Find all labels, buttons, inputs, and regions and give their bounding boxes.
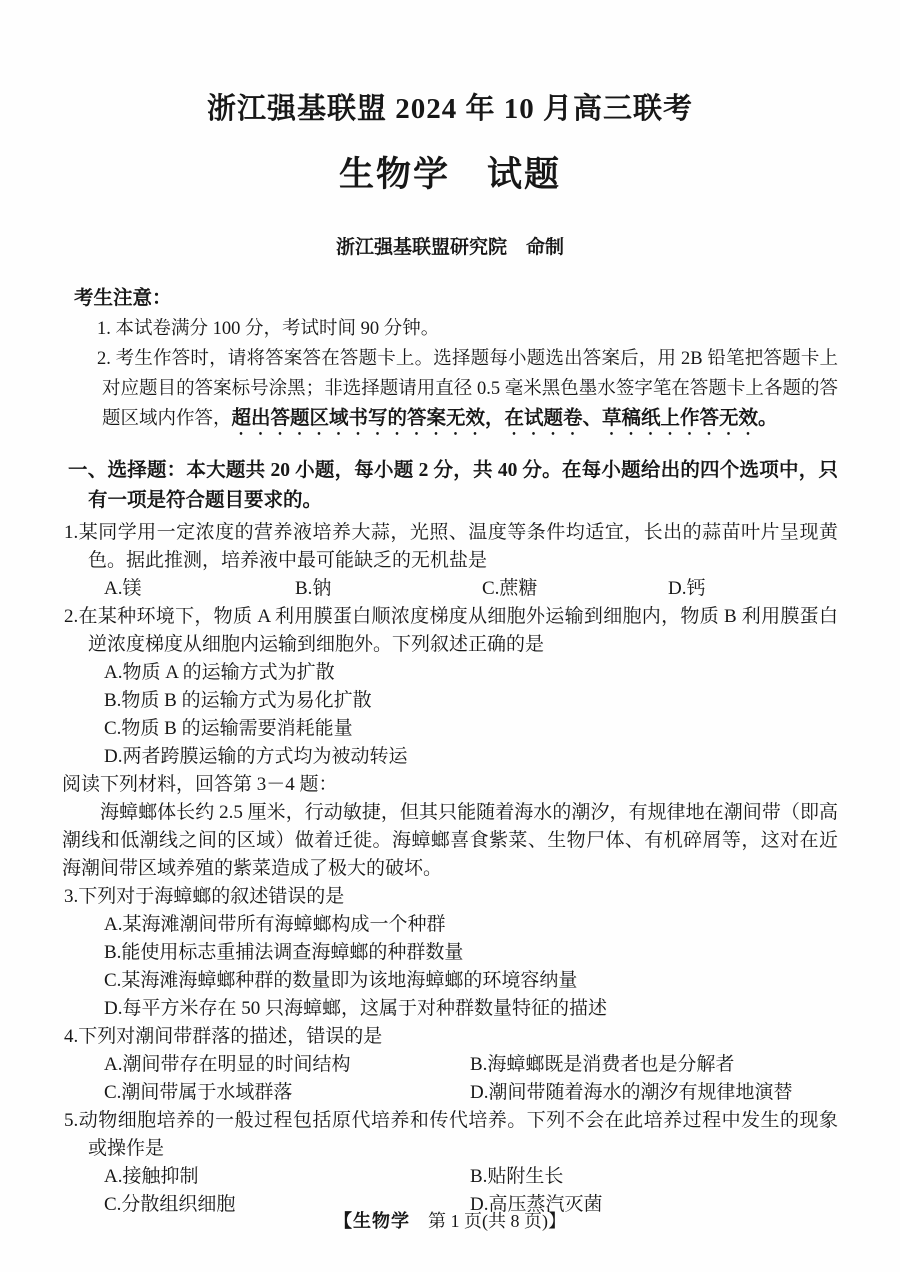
exam-subtitle: 生物学 试题 bbox=[62, 152, 838, 198]
question-2-option-a: A.物质 A 的运输方式为扩散 bbox=[104, 659, 838, 687]
exam-paper-page: 浙江强基联盟 2024 年 10 月高三联考 生物学 试题 浙江强基联盟研究院 … bbox=[0, 0, 900, 1272]
reading-material-lead: 阅读下列材料，回答第 3－4 题： bbox=[62, 771, 838, 799]
question-5-option-a: A.接触抑制 bbox=[104, 1163, 470, 1191]
notice-item-1: 1. 本试卷满分 100 分，考试时间 90 分钟。 bbox=[62, 314, 838, 344]
notice-item-2: 2. 考生作答时，请将答案答在答题卡上。选择题每小题选出答案后，用 2B 铅笔把… bbox=[62, 344, 838, 440]
question-3-text: 3.下列对于海蟑螂的叙述错误的是 bbox=[62, 883, 838, 911]
question-4-option-a: A.潮间带存在明显的时间结构 bbox=[104, 1051, 470, 1079]
section-heading-choice-questions: 一、选择题：本大题共 20 小题，每小题 2 分，共 40 分。在每小题给出的四… bbox=[62, 456, 838, 516]
question-1-options: A.镁 B.钠 C.蔗糖 D.钙 bbox=[62, 575, 838, 603]
question-4-option-b: B.海蟑螂既是消费者也是分解者 bbox=[470, 1051, 838, 1079]
question-2: 2.在某种环境下，物质 A 利用膜蛋白顺浓度梯度从细胞外运输到细胞内，物质 B … bbox=[62, 603, 838, 771]
question-2-options: A.物质 A 的运输方式为扩散 B.物质 B 的运输方式为易化扩散 C.物质 B… bbox=[62, 659, 838, 771]
question-3: 3.下列对于海蟑螂的叙述错误的是 A.某海滩潮间带所有海蟑螂构成一个种群 B.能… bbox=[62, 883, 838, 1023]
question-5-text: 5.动物细胞培养的一般过程包括原代培养和传代培养。下列不会在此培养过程中发生的现… bbox=[62, 1107, 838, 1163]
question-1-text: 1.某同学用一定浓度的营养液培养大蒜，光照、温度等条件均适宜，长出的蒜苗叶片呈现… bbox=[62, 519, 838, 575]
question-3-option-b: B.能使用标志重捕法调查海蟑螂的种群数量 bbox=[104, 939, 838, 967]
question-1-option-d: D.钙 bbox=[668, 575, 838, 603]
question-3-option-a: A.某海滩潮间带所有海蟑螂构成一个种群 bbox=[104, 911, 838, 939]
exam-header: 浙江强基联盟 2024 年 10 月高三联考 生物学 试题 浙江强基联盟研究院 … bbox=[62, 90, 838, 262]
notice-section: 考生注意： 1. 本试卷满分 100 分，考试时间 90 分钟。 2. 考生作答… bbox=[62, 284, 838, 440]
question-1-option-b: B.钠 bbox=[295, 575, 482, 603]
question-4: 4.下列对潮间带群落的描述，错误的是 A.潮间带存在明显的时间结构 B.海蟑螂既… bbox=[62, 1023, 838, 1107]
question-1-option-a: A.镁 bbox=[104, 575, 295, 603]
reading-material: 阅读下列材料，回答第 3－4 题： 海蟑螂体长约 2.5 厘米，行动敏捷，但其只… bbox=[62, 771, 838, 883]
question-5-option-b: B.贴附生长 bbox=[470, 1163, 838, 1191]
question-3-option-d: D.每平方米存在 50 只海蟑螂，这属于对种群数量特征的描述 bbox=[104, 995, 838, 1023]
question-3-options: A.某海滩潮间带所有海蟑螂构成一个种群 B.能使用标志重捕法调查海蟑螂的种群数量… bbox=[62, 911, 838, 1023]
question-4-options: A.潮间带存在明显的时间结构 B.海蟑螂既是消费者也是分解者 C.潮间带属于水域… bbox=[62, 1051, 838, 1107]
question-5: 5.动物细胞培养的一般过程包括原代培养和传代培养。下列不会在此培养过程中发生的现… bbox=[62, 1107, 838, 1219]
footer-page-number: 第 1 页(共 8 页)】 bbox=[410, 1211, 566, 1231]
notice-heading: 考生注意： bbox=[62, 284, 838, 314]
page-footer: 【生物学 第 1 页(共 8 页)】 bbox=[0, 1208, 900, 1234]
question-4-option-d: D.潮间带随着海水的潮汐有规律地演替 bbox=[470, 1079, 838, 1107]
question-2-option-b: B.物质 B 的运输方式为易化扩散 bbox=[104, 687, 838, 715]
reading-material-paragraph: 海蟑螂体长约 2.5 厘米，行动敏捷，但其只能随着海水的潮汐，有规律地在潮间带（… bbox=[62, 799, 838, 883]
question-2-option-c: C.物质 B 的运输需要消耗能量 bbox=[104, 715, 838, 743]
exam-title: 浙江强基联盟 2024 年 10 月高三联考 bbox=[62, 90, 838, 128]
question-1: 1.某同学用一定浓度的营养液培养大蒜，光照、温度等条件均适宜，长出的蒜苗叶片呈现… bbox=[62, 519, 838, 603]
footer-subject-label: 【生物学 bbox=[334, 1211, 410, 1231]
page-content: 浙江强基联盟 2024 年 10 月高三联考 生物学 试题 浙江强基联盟研究院 … bbox=[0, 0, 900, 1219]
question-2-option-d: D.两者跨膜运输的方式均为被动转运 bbox=[104, 743, 838, 771]
question-1-option-c: C.蔗糖 bbox=[482, 575, 668, 603]
question-2-text: 2.在某种环境下，物质 A 利用膜蛋白顺浓度梯度从细胞外运输到细胞内，物质 B … bbox=[62, 603, 838, 659]
question-3-option-c: C.某海滩海蟑螂种群的数量即为该地海蟑螂的环境容纳量 bbox=[104, 967, 838, 995]
notice-item-1-text: 1. 本试卷满分 100 分，考试时间 90 分钟。 bbox=[97, 319, 439, 339]
question-4-text: 4.下列对潮间带群落的描述，错误的是 bbox=[62, 1023, 838, 1051]
notice-item-2-emphasis: 超出答题区域书写的答案无效，在试题卷、草稿纸上作答无效。 bbox=[232, 408, 778, 429]
question-4-option-c: C.潮间带属于水域群落 bbox=[104, 1079, 470, 1107]
exam-byline: 浙江强基联盟研究院 命制 bbox=[62, 234, 838, 262]
